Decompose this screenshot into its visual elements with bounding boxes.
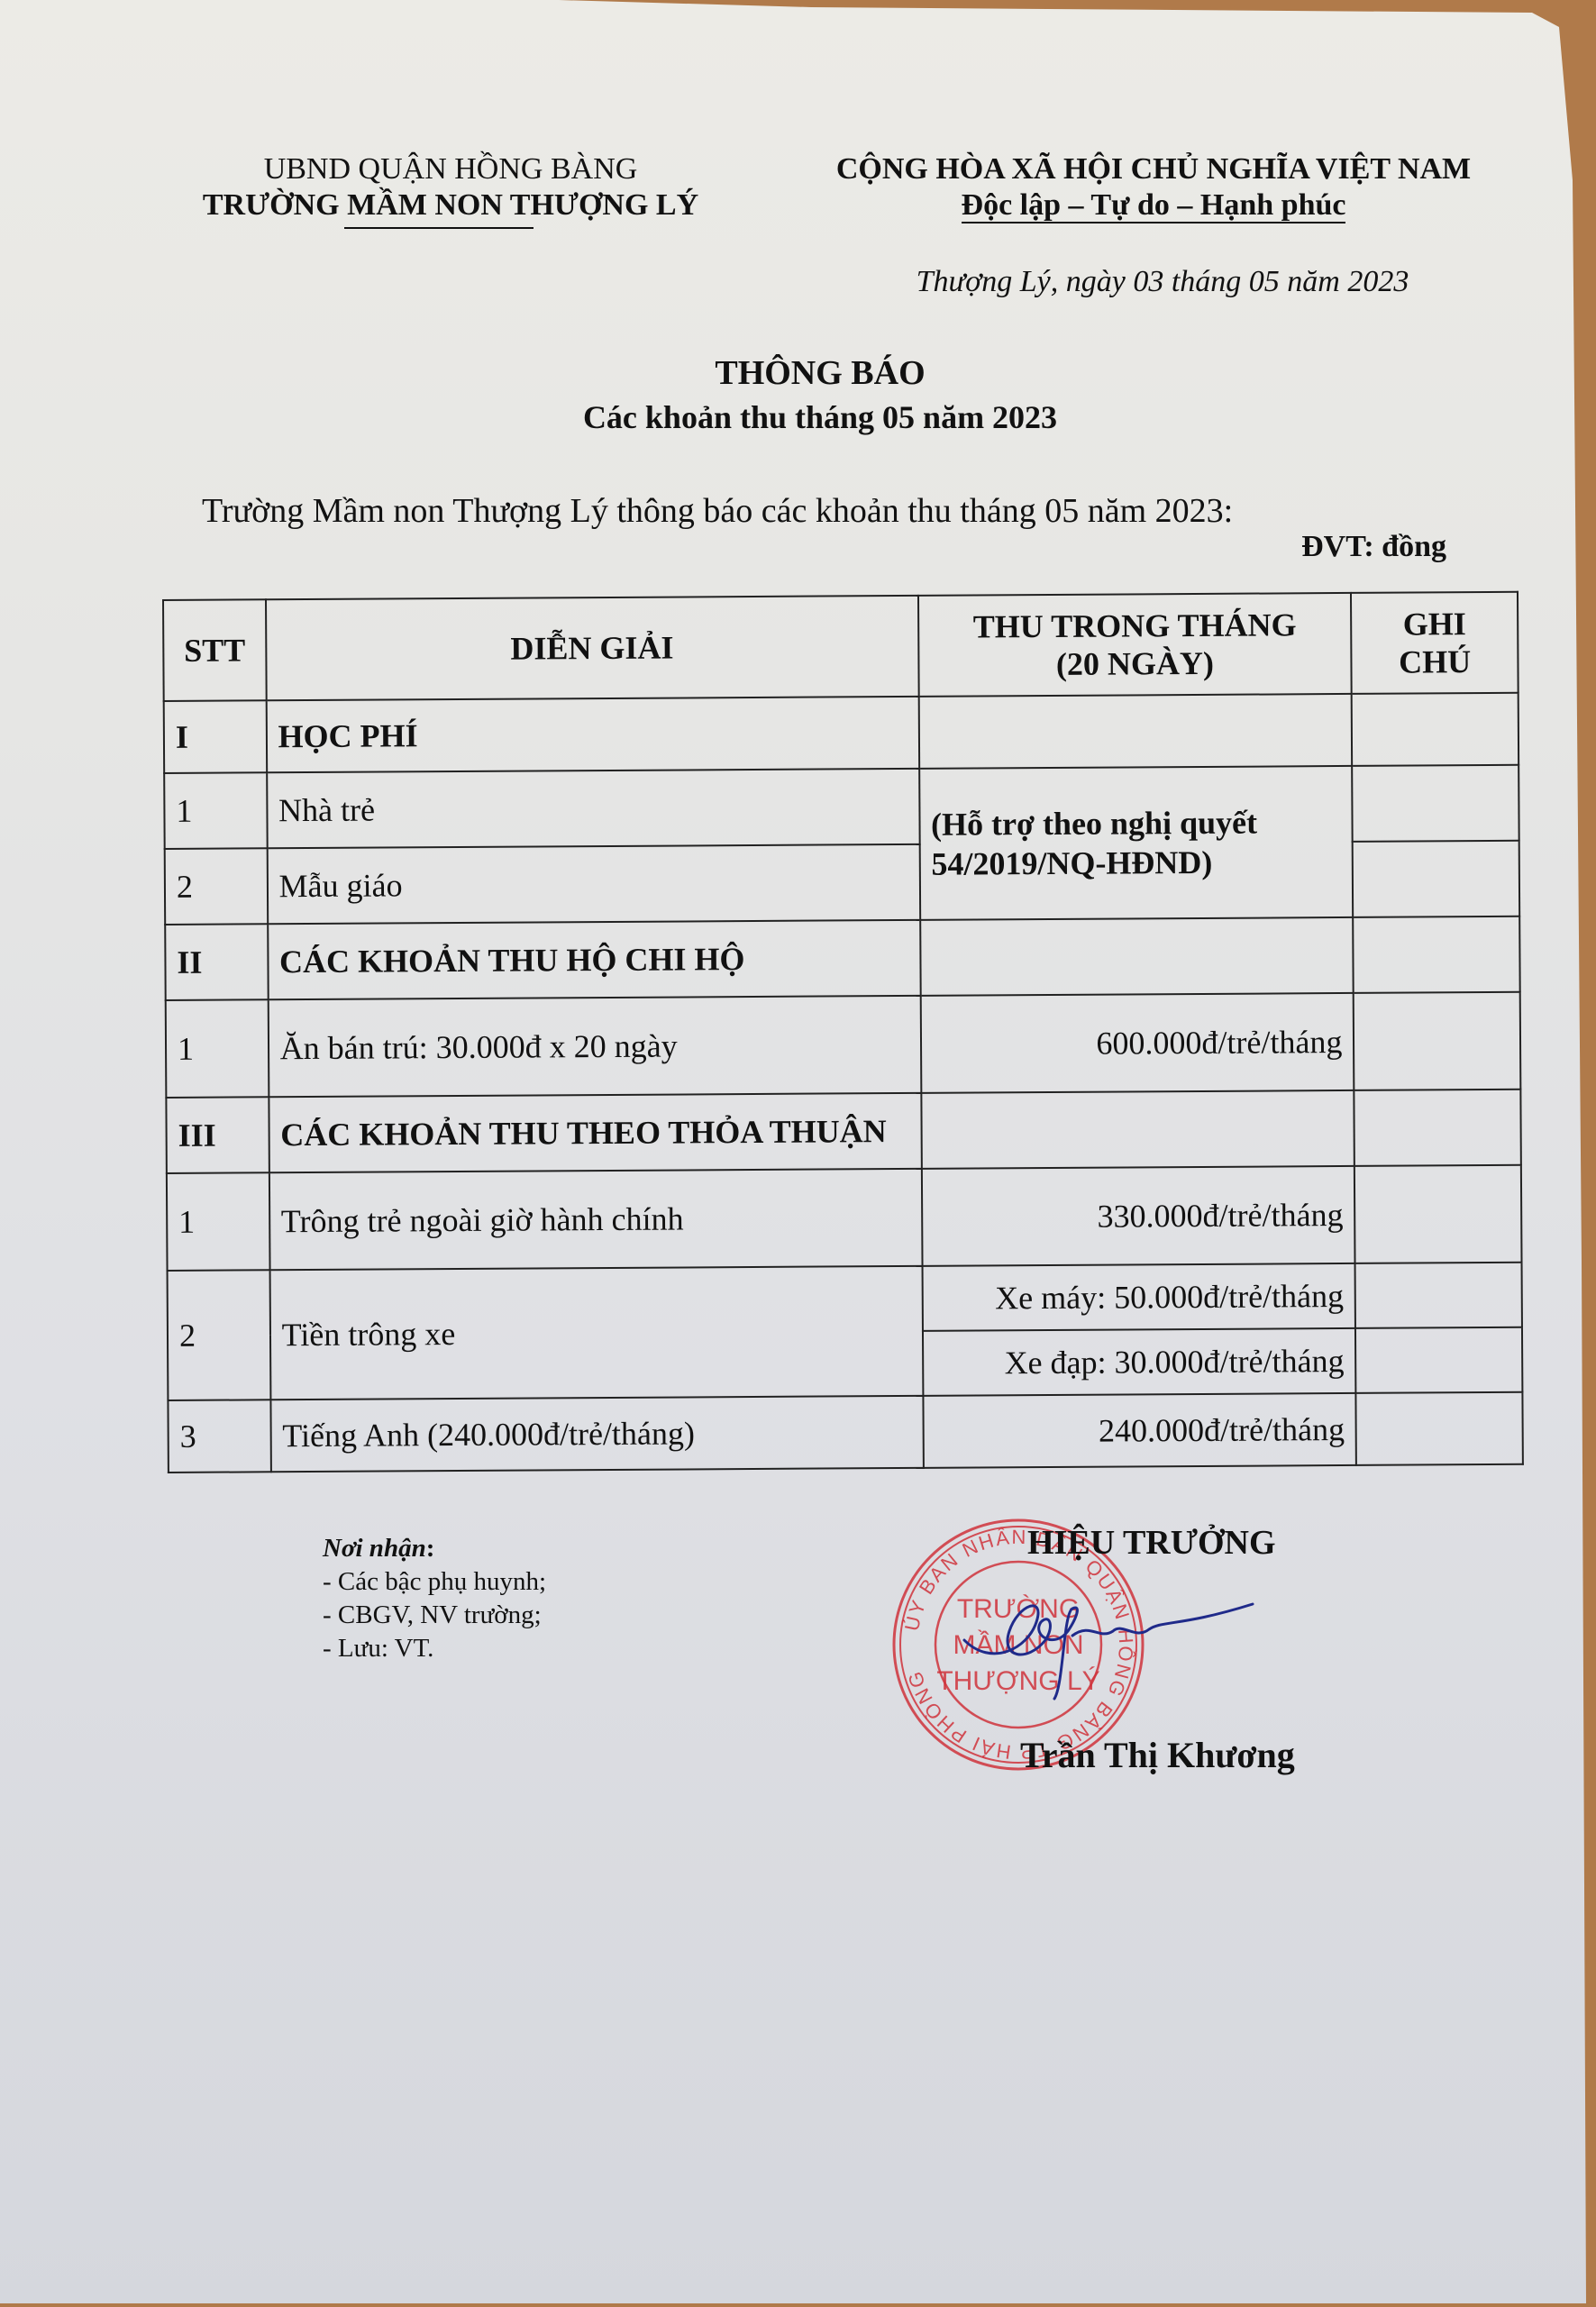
recipient-item: - Các bậc phụ huynh;: [323, 1565, 546, 1599]
row-description: Ăn bán trú: 30.000đ x 20 ngày: [268, 996, 921, 1097]
table-row: 3 Tiếng Anh (240.000đ/trẻ/tháng) 240.000…: [168, 1392, 1522, 1473]
note-cell: [1354, 992, 1520, 1090]
note-cell: [1354, 916, 1520, 993]
row-stt: 1: [166, 999, 269, 1098]
document-title: THÔNG BÁO: [180, 353, 1460, 393]
row-stt: 2: [168, 1270, 271, 1400]
section-title: HỌC PHÍ: [266, 697, 918, 772]
national-motto: Độc lập – Tự do – Hạnh phúc: [962, 189, 1346, 223]
row-amount: 330.000đ/trẻ/tháng: [921, 1166, 1354, 1266]
header-amount-line2: (20 NGÀY): [930, 643, 1340, 684]
header-stt: STT: [163, 599, 266, 701]
document-subtitle: Các khoản thu tháng 05 năm 2023: [180, 398, 1460, 436]
issuer-header: UBND QUẬN HỒNG BÀNG TRƯỜNG MẦM NON THƯỢN…: [162, 151, 739, 223]
section-row: II CÁC KHOẢN THU HỘ CHI HỘ: [165, 916, 1519, 1000]
header-note: GHI CHÚ: [1351, 592, 1518, 694]
signer-name: Trần Thị Khương: [1020, 1734, 1295, 1776]
row-description: Trông trẻ ngoài giờ hành chính: [269, 1169, 923, 1270]
school-name-underline: [344, 227, 534, 229]
note-cell: [1352, 693, 1518, 766]
note-cell: [1354, 1090, 1521, 1166]
signer-title: HIỆU TRƯỞNG: [1027, 1523, 1276, 1563]
section-title: CÁC KHOẢN THU HỘ CHI HỘ: [268, 920, 920, 999]
document-date: Thượng Lý, ngày 03 tháng 05 năm 2023: [847, 265, 1478, 299]
note-cell: [1355, 1327, 1522, 1393]
recipients-label: Nơi nhận: [323, 1534, 426, 1563]
header-amount: THU TRONG THÁNG (20 NGÀY): [918, 593, 1352, 697]
support-note-line1: (Hỗ trợ theo nghị quyết: [931, 802, 1341, 844]
row-description: Nhà trẻ: [267, 769, 919, 848]
amount-cell: [920, 917, 1354, 996]
header-note-line2: CHÚ: [1363, 643, 1507, 681]
row-amount: 240.000đ/trẻ/tháng: [923, 1393, 1356, 1468]
table-header-row: STT DIỄN GIẢI THU TRONG THÁNG (20 NGÀY) …: [163, 592, 1518, 701]
row-stt: 1: [167, 1172, 269, 1271]
table-row: 1 Trông trẻ ngoài giờ hành chính 330.000…: [167, 1165, 1522, 1271]
header-amount-line1: THU TRONG THÁNG: [930, 606, 1340, 646]
recipient-item: - CBGV, NV trường;: [323, 1599, 546, 1632]
section-title: CÁC KHOẢN THU THEO THỎA THUẬN: [269, 1093, 921, 1172]
section-stt: III: [166, 1097, 269, 1173]
header-description: DIỄN GIẢI: [266, 596, 919, 700]
note-cell: [1354, 1165, 1521, 1263]
section-row: I HỌC PHÍ: [164, 693, 1518, 773]
national-title: CỘNG HÒA XÃ HỘI CHỦ NGHĨA VIỆT NAM: [793, 151, 1514, 187]
support-note-line2: 54/2019/NQ-HĐND): [931, 842, 1341, 884]
amount-cell: [918, 694, 1352, 769]
section-stt: I: [164, 700, 267, 773]
recipient-item: - Lưu: VT.: [323, 1632, 546, 1665]
row-amount-bicycle: Xe đạp: 30.000đ/trẻ/tháng: [923, 1328, 1356, 1396]
header-note-line1: GHI: [1363, 605, 1506, 643]
row-description: Tiền trông xe: [269, 1266, 923, 1400]
national-header: CỘNG HÒA XÃ HỘI CHỦ NGHĨA VIỆT NAM Độc l…: [793, 151, 1514, 223]
row-stt: 2: [165, 848, 268, 925]
district-name: UBND QUẬN HỒNG BÀNG: [162, 151, 739, 187]
row-amount: 600.000đ/trẻ/tháng: [920, 993, 1354, 1093]
table-row: 2 Tiền trông xe Xe máy: 50.000đ/trẻ/thán…: [168, 1263, 1522, 1336]
intro-text: Trường Mầm non Thượng Lý thông báo các k…: [202, 491, 1233, 531]
section-stt: II: [165, 924, 268, 1000]
recipients: Nơi nhận: - Các bậc phụ huynh; - CBGV, N…: [323, 1532, 546, 1665]
school-name: TRƯỜNG MẦM NON THƯỢNG LÝ: [162, 187, 739, 223]
row-description: Mẫu giáo: [267, 844, 919, 924]
amount-cell: [921, 1090, 1354, 1169]
table-row: 1 Ăn bán trú: 30.000đ x 20 ngày 600.000đ…: [166, 992, 1521, 1098]
note-cell: [1352, 765, 1518, 842]
row-stt: 1: [164, 772, 267, 849]
fees-table: STT DIỄN GIẢI THU TRONG THÁNG (20 NGÀY) …: [162, 591, 1524, 1473]
handwritten-signature-icon: [955, 1586, 1262, 1703]
table-row: 1 Nhà trẻ (Hỗ trợ theo nghị quyết 54/201…: [164, 765, 1518, 849]
tuition-support-note: (Hỗ trợ theo nghị quyết 54/2019/NQ-HĐND): [919, 766, 1354, 920]
note-cell: [1355, 1263, 1522, 1328]
note-cell: [1353, 841, 1519, 917]
row-amount-motorbike: Xe máy: 50.000đ/trẻ/tháng: [922, 1263, 1355, 1331]
note-cell: [1356, 1392, 1523, 1465]
row-stt: 3: [168, 1400, 270, 1473]
row-description: Tiếng Anh (240.000đ/trẻ/tháng): [270, 1396, 923, 1472]
currency-unit: ĐVT: đồng: [1262, 530, 1446, 564]
section-row: III CÁC KHOẢN THU THEO THỎA THUẬN: [166, 1090, 1520, 1173]
